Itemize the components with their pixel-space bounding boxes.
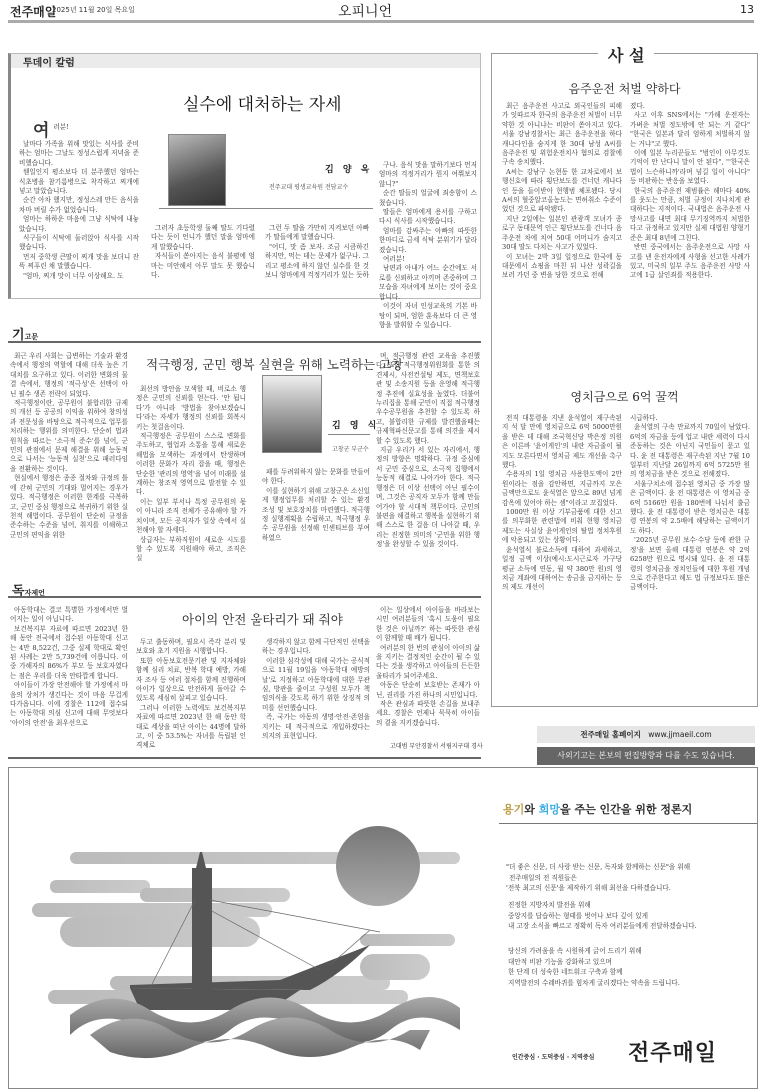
contribution-col-4: 며, 적극행정 관련 교육을 추진했다. 또한 적극행정위원회를 통한 의견제시… xyxy=(376,352,480,550)
header-rule xyxy=(8,20,754,23)
reader-col-3: 생각하지 않고 함께 극단적인 선택을 하는 경우입니다. 이러한 심각성에 대… xyxy=(262,638,370,741)
ad-slogan: 용기와 희망을 주는 인간을 위한 정론지 xyxy=(503,801,692,817)
contribution-rule xyxy=(8,341,481,343)
contribution-author-rule xyxy=(328,434,370,435)
section-title: 오피니언 xyxy=(338,1,392,21)
reader-signature: 고대범 부안경찰서 서림지구대 경사 xyxy=(390,741,483,750)
contribution-author: 김 영 식 xyxy=(332,418,379,431)
ad-paragraph-2: 진정한 지방자치 발전을 위해 중앙지를 답습하는 형태를 벗어나 보다 깊이 … xyxy=(508,900,697,932)
editorial-title-2: 영치금으로 6억 꿀꺽 xyxy=(491,388,758,405)
author-role: 전주교대 평생교육원 전담교수 xyxy=(269,182,348,191)
editorial-title-1: 음주운전 처벌 약하다 xyxy=(491,80,758,97)
today-column-header-bar xyxy=(11,54,480,68)
masthead-brand: 전주매일 xyxy=(10,3,56,20)
contribution-title: 적극행정, 군민 행복 실현을 위해 노력하는 고창 xyxy=(146,355,403,373)
today-col-3: 그런 두 딸을 가만히 지켜보던 아빠가 딸들에게 말했습니다. "어디, 맛 … xyxy=(265,224,369,280)
today-column-title: 실수에 대처하는 자세 xyxy=(183,90,342,115)
reader-bottom-rule xyxy=(8,757,481,759)
editorial2-col-2: 시급하다. 윤석열의 구속 만료까지 70일이 남았다. 6억의 자금을 등에 … xyxy=(630,414,750,593)
reader-proposal-rule xyxy=(8,596,481,598)
today-col-1: 여 러분! 날마다 가족을 위해 맛있는 식사를 준비하는 엄마는 그날도 정성… xyxy=(19,123,139,281)
ad-logo: 전주매일 xyxy=(628,1036,717,1067)
editorial1-col-2: 졌다. 사고 이후 SNS에서는 "가해 운전자는 가벼운 처벌 정도밖에 안 … xyxy=(630,102,750,281)
editorial2-col-1: 전직 대통령을 지낸 윤석열이 재구속된지 석 달 만에 영치금으로 6억 50… xyxy=(502,414,622,593)
contribution-author-role: 고창군 부군수 xyxy=(332,444,369,453)
ship-illustration-icon xyxy=(20,790,470,1060)
today-column: 투데이 칼럼 실수에 대처하는 자세 여 러분! 날마다 가족을 위해 맛있는 … xyxy=(8,53,481,299)
disclaimer-notice: 사외기고는 본보의 편집방향과 다를 수도 있습니다. xyxy=(537,747,755,765)
editorial1-col-1: 최근 음주운전 사고로 외국인들의 피해가 잇따르자 한국의 음주운전 처벌이 … xyxy=(502,102,622,281)
page-number: 13 xyxy=(740,3,754,16)
contribution-col-2: 최선의 방안을 모색할 때, 비로소 행정은 군민의 신뢰를 얻는다. '안 됩… xyxy=(136,385,246,564)
issue-date: 2025년 11월 20일 목요일 xyxy=(52,5,135,15)
homepage-label: 전주매일 홈페이지 xyxy=(580,730,641,739)
drop-cap: 여 xyxy=(33,123,49,140)
editorial-label: 사 설 xyxy=(598,43,654,66)
ad-paragraph-1: "더 좋은 신문, 더 사랑 받는 신문, 독자와 함께하는 신문"을 위해 전… xyxy=(506,862,690,894)
author-photo-kim-yang-ok xyxy=(168,134,226,206)
homepage-banner[interactable]: 전주매일 홈페이지 www.jjmaeil.com xyxy=(537,726,755,743)
author-name: 김 양 옥 xyxy=(325,162,372,175)
today-col-4: 구나. 음식 맛을 말하기보다 먼저 엄마의 걱정거리가 뭔지 여쭤보지 않니?… xyxy=(379,161,477,330)
reader-col-1: 아동학대는 결코 특별한 가정에서만 벌어지는 일이 아닙니다. 보건복지부 자… xyxy=(10,606,128,728)
homepage-url[interactable]: www.jjmaeil.com xyxy=(648,730,711,739)
today-column-label: 투데이 칼럼 xyxy=(23,54,75,69)
photo-caption-rule xyxy=(159,208,373,209)
reader-col-2: 두고 출동하며, 필요시 즉각 분리 및 보호와 초기 지원을 시행합니다. 또… xyxy=(136,638,246,751)
reader-col-4: 이는 일상에서 아이들을 바라보는 시민 여러분들의 '혹시 도움이 필요한 것… xyxy=(376,606,480,728)
author-photo-kim-young-sik xyxy=(262,375,322,453)
ad-motto: 인간중심 · 도덕중심 · 지역중심 xyxy=(512,1052,594,1061)
contribution-col-3: 패를 두려워하지 않는 문화를 만들어야 한다. 이를 실현하기 위해 고창군은… xyxy=(262,468,370,543)
contribution-col-1: 최근 우리 사회는 급변하는 기술과 환경 속에서 행정의 역할에 대해 더욱 … xyxy=(10,352,128,540)
ad-paragraph-3: 당신의 가려움을 속 시원하게 긁어 드리기 위해 대안적 비판 기능을 강화하… xyxy=(508,946,680,988)
reader-proposal-title: 아이의 안전 울타리가 돼 줘야 xyxy=(182,610,343,628)
today-col-2: 그러자 초등학생 둘째 딸도 기다렸다는 듯이 언니가 했던 말을 엄마에게 말… xyxy=(151,224,255,280)
ad-slogan-rule xyxy=(499,823,757,824)
